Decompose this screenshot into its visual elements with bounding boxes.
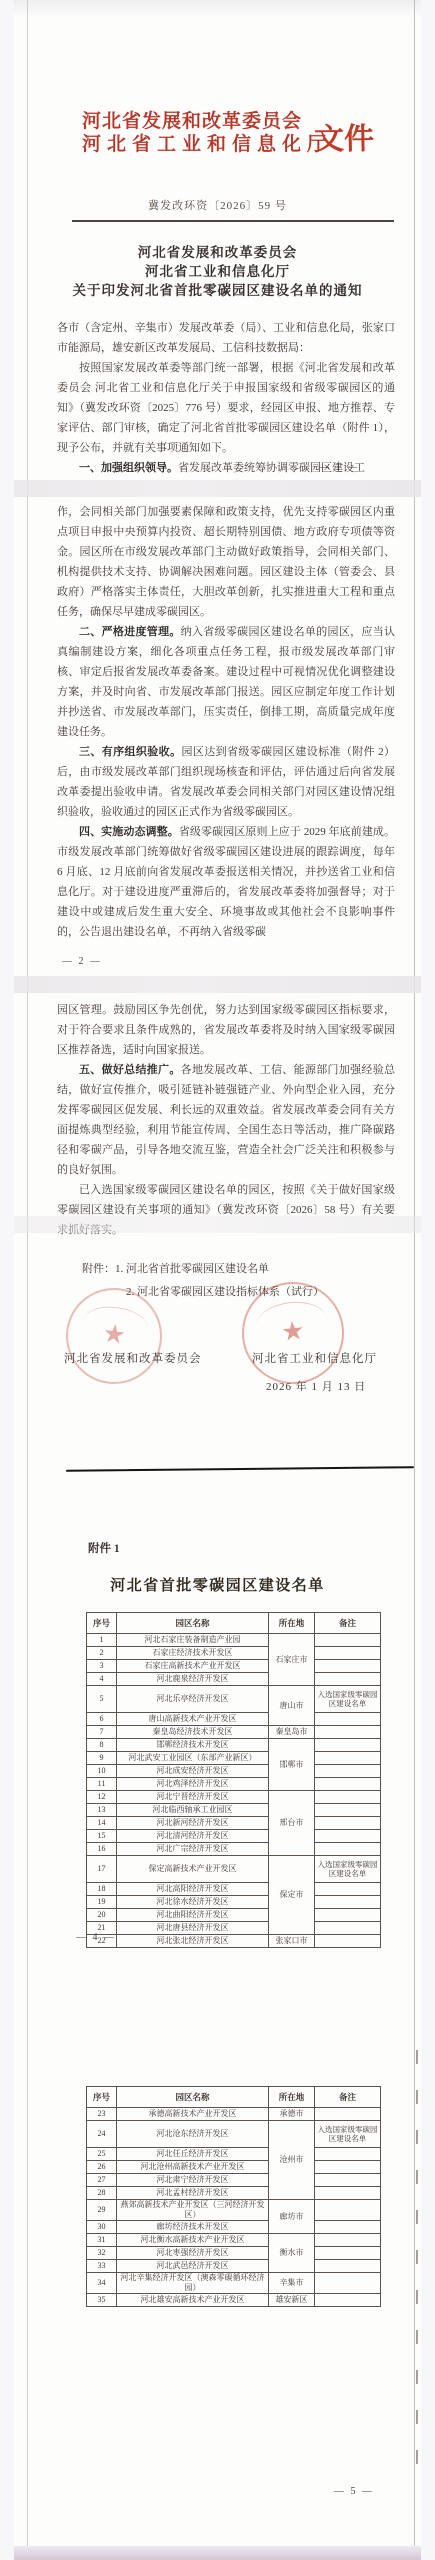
table-row: 31河北衡水高新技术产业开发区衡水市 [87, 2234, 381, 2247]
letterhead-divider [72, 220, 394, 222]
park-name-cell: 河北武邑经济开发区 [117, 2260, 269, 2273]
table-row: 11河北鸡泽经济开发区 [87, 1778, 381, 1791]
city-cell: 秦皇岛市 [269, 1726, 315, 1739]
table-row: 19河北徐水经济开发区 [87, 1896, 381, 1909]
paragraph: 三、有序组织验收。园区达到省级零碳园区建设标准（附件 2）后，由市级发展改革部门… [57, 742, 395, 822]
park-name-cell: 河北广宗经济开发区 [117, 1843, 269, 1856]
table-row: 17保定高新技术产业开发区保定市入选国家级零碳园区建设名单 [87, 1856, 381, 1883]
row-number-cell: 18 [87, 1883, 117, 1896]
section-heading: 四、实施动态调整。 [79, 826, 179, 838]
park-name-cell: 河北临西轴承工业园区 [117, 1804, 269, 1817]
table-row: 10河北成安经济开发区 [87, 1765, 381, 1778]
document-number: 冀发改环资〔2026〕59 号 [14, 197, 421, 213]
letterhead-issuer-2: 河北省工业和信息化厅 [82, 133, 318, 156]
letterhead-wenjian: 文件 [314, 113, 375, 158]
paragraph: 四、实施动态调整。省级零碳园区原则上应于 2029 年底前建成。市级发展改革部门… [57, 822, 395, 942]
attachments-label: 附件： [82, 1263, 115, 1275]
park-name-cell: 河北枣强经济开发区 [117, 2247, 269, 2260]
city-cell: 邢台市 [269, 1791, 315, 1856]
park-name-cell: 石家庄高新技术产业开发区 [117, 1660, 269, 1673]
table-header-cell: 序号 [87, 2087, 117, 2108]
page-number-2: — 2 — [62, 956, 102, 967]
remark-cell [315, 2187, 381, 2200]
table-row: 7秦皇岛经济技术开发区秦皇岛市 [87, 1726, 381, 1739]
park-name-cell: 河北任丘经济开发区 [117, 2148, 269, 2161]
paragraph: 二、严格进度管理。纳入省级零碳园区建设名单的园区，应当认真编制建设方案，细化各项… [57, 622, 395, 742]
table-row: 21河北唐县经济开发区 [87, 1922, 381, 1935]
park-name-cell: 河北唐县经济开发区 [117, 1922, 269, 1935]
park-name-cell: 廊坊经济技术开发区 [117, 2221, 269, 2234]
row-number-cell: 1 [87, 1634, 117, 1647]
paragraph: 五、做好总结推广。各地发展改革、工信、能源部门加强经验总结，做好宣传推介，吸引延… [57, 1060, 395, 1180]
table-row: 24河北沧东经济开发区沧州市入选国家级零碳园区建设名单 [87, 2121, 381, 2148]
remark-cell [315, 2234, 381, 2247]
official-seal-ndrc [60, 1282, 168, 1390]
park-name-cell: 河北辛集经济开发区（澳森零碳循环经济园） [117, 2273, 269, 2294]
remark-cell [315, 2260, 381, 2273]
park-name-cell: 保定高新技术产业开发区 [117, 1856, 269, 1883]
notice-title-line-3: 关于印发河北省首批零碳园区建设名单的通知 [14, 281, 421, 300]
remark-cell [315, 2161, 381, 2174]
notice-title: 河北省发展和改革委员会 河北省工业和信息化厅 关于印发河北省首批零碳园区建设名单… [14, 243, 421, 300]
page-join-band [14, 976, 421, 993]
letterhead-issuer-1: 河北省发展和改革委员会 [82, 110, 318, 133]
section-heading: 五、做好总结推广。 [79, 1064, 181, 1076]
row-number-cell: 16 [87, 1843, 117, 1856]
table-row: 2石家庄经济技术开发区 [87, 1647, 381, 1660]
table-header-row: 序号园区名称所在地备注 [87, 2087, 381, 2108]
remark-cell: 入选国家级零碳园区建设名单 [315, 1686, 381, 1713]
park-name-cell: 河北成安经济开发区 [117, 1765, 269, 1778]
attachment-item-1: 1. 河北省首批零碳园区建设名单 [115, 1263, 269, 1275]
table-row: 30廊坊经济技术开发区 [87, 2221, 381, 2234]
table-row: 27河北肃宁经济开发区 [87, 2174, 381, 2187]
table-row: 20河北曲阳经济开发区 [87, 1909, 381, 1922]
remark-cell [315, 1896, 381, 1909]
table-row: 8邯郸经济技术开发区邯郸市 [87, 1739, 381, 1752]
park-name-cell: 河北徐水经济开发区 [117, 1896, 269, 1909]
annex-1-table: 序号园区名称所在地备注1河北石家庄装备制造产业园石家庄市2石家庄经济技术开发区3… [86, 1612, 381, 1948]
row-number-cell: 3 [87, 1660, 117, 1673]
remark-cell [315, 2148, 381, 2161]
remark-cell [315, 1660, 381, 1673]
remark-cell [315, 2247, 381, 2260]
remark-cell [315, 1843, 381, 1856]
city-cell: 张家口市 [269, 1935, 315, 1948]
section-heading: 一、加强组织领导。 [79, 462, 178, 474]
scan-bottom-shadow [14, 2546, 421, 2560]
remark-cell [315, 1739, 381, 1752]
row-number-cell: 11 [87, 1778, 117, 1791]
remark-cell [315, 2273, 381, 2294]
official-seal-miit [237, 1277, 349, 1389]
row-number-cell: 27 [87, 2174, 117, 2187]
park-name-cell: 河北鸡泽经济开发区 [117, 1778, 269, 1791]
remark-cell [315, 1726, 381, 1739]
table-row: 9河北武安工业园区（东部产业新区） [87, 1752, 381, 1765]
row-number-cell: 4 [87, 1673, 117, 1686]
table-row: 16河北广宗经济开发区 [87, 1843, 381, 1856]
table-row: 18河北高阳经济开发区 [87, 1883, 381, 1896]
paragraph: 园区管理。鼓励园区争先创优，努力达到国家级零碳园区指标要求，对于符合要求且条件成… [57, 1000, 395, 1060]
scan-artifact-band [14, 1216, 421, 1233]
table-header-cell: 所在地 [269, 2087, 315, 2108]
remark-cell [315, 1765, 381, 1778]
table-row: 26河北沧州高新技术产业开发区 [87, 2161, 381, 2174]
table-row: 29燕郊高新技术产业开发区（三河经济开发区）廊坊市 [87, 2200, 381, 2221]
letterhead: 河北省发展和改革委员会 河北省工业和信息化厅 [82, 110, 318, 156]
table-header-cell: 园区名称 [117, 1613, 269, 1634]
park-name-cell: 河北新河经济开发区 [117, 1817, 269, 1830]
remark-cell [315, 2294, 381, 2307]
page-join-band [14, 480, 421, 497]
table-row: 14河北新河经济开发区 [87, 1817, 381, 1830]
row-number-cell: 29 [87, 2200, 117, 2221]
row-number-cell: 33 [87, 2260, 117, 2273]
table-row: 5河北乐亭经济开发区唐山市入选国家级零碳园区建设名单 [87, 1686, 381, 1713]
page-number-5: — 5 — [334, 2486, 374, 2497]
signer-right: 河北省工业和信息化厅 [252, 1350, 377, 1366]
park-name-cell: 河北清河经济开发区 [117, 1830, 269, 1843]
annex-1-title: 河北省首批零碳园区建设名单 [14, 1574, 421, 1595]
remark-cell [315, 1883, 381, 1896]
park-name-cell: 邯郸经济技术开发区 [117, 1739, 269, 1752]
seal-arc [255, 1298, 329, 1345]
park-name-cell: 承德高新技术产业开发区 [117, 2108, 269, 2121]
table-row: 15河北清河经济开发区 [87, 1830, 381, 1843]
row-number-cell: 13 [87, 1804, 117, 1817]
row-number-cell: 31 [87, 2234, 117, 2247]
paragraph: 作，会同相关部门加强要素保障和政策支持，优先支持零碳园区内重点项目申报中央预算内… [57, 502, 395, 622]
row-number-cell: 17 [87, 1856, 117, 1883]
table-row: 34河北辛集经济开发区（澳森零碳循环经济园）辛集市 [87, 2273, 381, 2294]
page-3-body: 园区管理。鼓励园区争先创优，努力达到国家级零碳园区指标要求，对于符合要求且条件成… [57, 1000, 395, 1240]
table-row: 12河北宁晋经济开发区邢台市 [87, 1791, 381, 1804]
table-row: 25河北任丘经济开发区 [87, 2148, 381, 2161]
row-number-cell: 12 [87, 1791, 117, 1804]
table-row: 22河北张北经济开发区张家口市 [87, 1935, 381, 1948]
scan-top-shade [14, 0, 421, 18]
remark-cell: 入选国家级零碳园区建设名单 [315, 1856, 381, 1883]
remark-cell [315, 1804, 381, 1817]
table-row: 33河北武邑经济开发区 [87, 2260, 381, 2273]
page-number-1: — 1 — [319, 462, 359, 473]
paragraph: 各市（含定州、辛集市）发展改革委（局）、工业和信息化局，张家口市能源局，雄安新区… [57, 318, 395, 358]
remark-cell: 入选国家级零碳园区建设名单 [315, 2121, 381, 2148]
remark-cell [315, 1778, 381, 1791]
row-number-cell: 30 [87, 2221, 117, 2234]
city-cell: 雄安新区 [269, 2294, 315, 2307]
page-2-body: 作，会同相关部门加强要素保障和政策支持，优先支持零碳园区内重点项目申报中央预算内… [57, 502, 395, 942]
park-name-cell: 河北曲阳经济开发区 [117, 1909, 269, 1922]
table-row: 3石家庄高新技术产业开发区 [87, 1660, 381, 1673]
city-cell: 辛集市 [269, 2273, 315, 2294]
row-number-cell: 9 [87, 1752, 117, 1765]
row-number-cell: 7 [87, 1726, 117, 1739]
row-number-cell: 28 [87, 2187, 117, 2200]
table-row: 1河北石家庄装备制造产业园石家庄市 [87, 1634, 381, 1647]
remark-cell [315, 1817, 381, 1830]
park-name-cell: 唐山高新技术产业开发区 [117, 1713, 269, 1726]
row-number-cell: 24 [87, 2121, 117, 2148]
table-header-cell: 园区名称 [117, 2087, 269, 2108]
table-row: 28河北孟村经济开发区 [87, 2187, 381, 2200]
table-row: 13河北临西轴承工业园区 [87, 1804, 381, 1817]
seal-arc [80, 1302, 151, 1349]
notice-title-line-2: 河北省工业和信息化厅 [14, 262, 421, 281]
table-row: 6唐山高新技术产业开发区 [87, 1713, 381, 1726]
city-cell: 邯郸市 [269, 1739, 315, 1791]
park-name-cell: 河北鹿泉经济开发区 [117, 1673, 269, 1686]
page-number-4: — 4 — [76, 1932, 116, 1943]
remark-cell [315, 1922, 381, 1935]
remark-cell [315, 1647, 381, 1660]
paragraph: 按照国家发展改革委等部门统一部署，根据《河北省发展和改革委员会 河北省工业和信息… [57, 358, 395, 458]
table-row: 32河北枣强经济开发区 [87, 2247, 381, 2260]
table-header-row: 序号园区名称所在地备注 [87, 1613, 381, 1634]
remark-cell [315, 1634, 381, 1647]
city-cell: 唐山市 [269, 1686, 315, 1726]
remark-cell [315, 2221, 381, 2234]
city-cell: 保定市 [269, 1856, 315, 1935]
row-number-cell: 14 [87, 1817, 117, 1830]
table-header-cell: 备注 [315, 1613, 381, 1634]
park-name-cell: 河北孟村经济开发区 [117, 2187, 269, 2200]
table-header-cell: 序号 [87, 1613, 117, 1634]
binding-marks [416, 2050, 418, 2470]
row-number-cell: 5 [87, 1686, 117, 1713]
park-name-cell: 河北宁晋经济开发区 [117, 1791, 269, 1804]
row-number-cell: 25 [87, 2148, 117, 2161]
city-cell: 衡水市 [269, 2234, 315, 2273]
remark-cell [315, 2174, 381, 2187]
remark-cell [315, 2200, 381, 2221]
row-number-cell: 34 [87, 2273, 117, 2294]
park-name-cell: 河北武安工业园区（东部产业新区） [117, 1752, 269, 1765]
row-number-cell: 26 [87, 2161, 117, 2174]
row-number-cell: 20 [87, 1909, 117, 1922]
remark-cell [315, 1713, 381, 1726]
city-cell: 沧州市 [269, 2121, 315, 2200]
annex-1-table-continued: 序号园区名称所在地备注23承德高新技术产业开发区承德市24河北沧东经济开发区沧州… [86, 2086, 381, 2307]
park-name-cell: 河北肃宁经济开发区 [117, 2174, 269, 2187]
row-number-cell: 23 [87, 2108, 117, 2121]
section-heading: 二、严格进度管理。 [79, 626, 181, 638]
row-number-cell: 35 [87, 2294, 117, 2307]
remark-cell [315, 2108, 381, 2121]
park-name-cell: 河北衡水高新技术产业开发区 [117, 2234, 269, 2247]
signer-left: 河北省发展和改革委员会 [64, 1350, 202, 1366]
attachment-line-1: 附件：1. 河北省首批零碳园区建设名单 [82, 1258, 324, 1281]
city-cell: 承德市 [269, 2108, 315, 2121]
park-name-cell: 河北沧州高新技术产业开发区 [117, 2161, 269, 2174]
section-heading: 三、有序组织验收。 [79, 746, 181, 758]
park-name-cell: 河北张北经济开发区 [117, 1935, 269, 1948]
remark-cell [315, 1909, 381, 1922]
table-header-cell: 备注 [315, 2087, 381, 2108]
park-name-cell: 燕郊高新技术产业开发区（三河经济开发区） [117, 2200, 269, 2221]
remark-cell [315, 1830, 381, 1843]
table-row: 23承德高新技术产业开发区承德市 [87, 2108, 381, 2121]
page-1-body: 各市（含定州、辛集市）发展改革委（局）、工业和信息化局，张家口市能源局，雄安新区… [57, 318, 395, 478]
remark-cell [315, 1791, 381, 1804]
remark-cell [315, 1673, 381, 1686]
park-name-cell: 石家庄经济技术开发区 [117, 1647, 269, 1660]
signature-date: 2026 年 1 月 13 日 [266, 1378, 366, 1394]
row-number-cell: 8 [87, 1739, 117, 1752]
park-name-cell: 秦皇岛经济技术开发区 [117, 1726, 269, 1739]
notice-title-line-1: 河北省发展和改革委员会 [14, 243, 421, 262]
park-name-cell: 河北沧东经济开发区 [117, 2121, 269, 2148]
table-row: 35河北雄安高新技术产业开发区雄安新区 [87, 2294, 381, 2307]
row-number-cell: 6 [87, 1713, 117, 1726]
table-row: 4河北鹿泉经济开发区 [87, 1673, 381, 1686]
scanned-document: 河北省发展和改革委员会 河北省工业和信息化厅 文件 冀发改环资〔2026〕59 … [14, 0, 421, 2560]
annex-1-label: 附件 1 [88, 1540, 120, 1556]
park-name-cell: 河北石家庄装备制造产业园 [117, 1634, 269, 1647]
park-name-cell: 河北高阳经济开发区 [117, 1883, 269, 1896]
remark-cell [315, 1935, 381, 1948]
park-name-cell: 河北乐亭经济开发区 [117, 1686, 269, 1713]
row-number-cell: 2 [87, 1647, 117, 1660]
row-number-cell: 32 [87, 2247, 117, 2260]
signature-area: 河北省发展和改革委员会 河北省工业和信息化厅 2026 年 1 月 13 日 [14, 1280, 421, 1470]
row-number-cell: 15 [87, 1830, 117, 1843]
remark-cell [315, 1752, 381, 1765]
table-header-cell: 所在地 [269, 1613, 315, 1634]
city-cell: 廊坊市 [269, 2200, 315, 2234]
row-number-cell: 10 [87, 1765, 117, 1778]
park-name-cell: 河北雄安高新技术产业开发区 [117, 2294, 269, 2307]
city-cell: 石家庄市 [269, 1634, 315, 1686]
row-number-cell: 19 [87, 1896, 117, 1909]
